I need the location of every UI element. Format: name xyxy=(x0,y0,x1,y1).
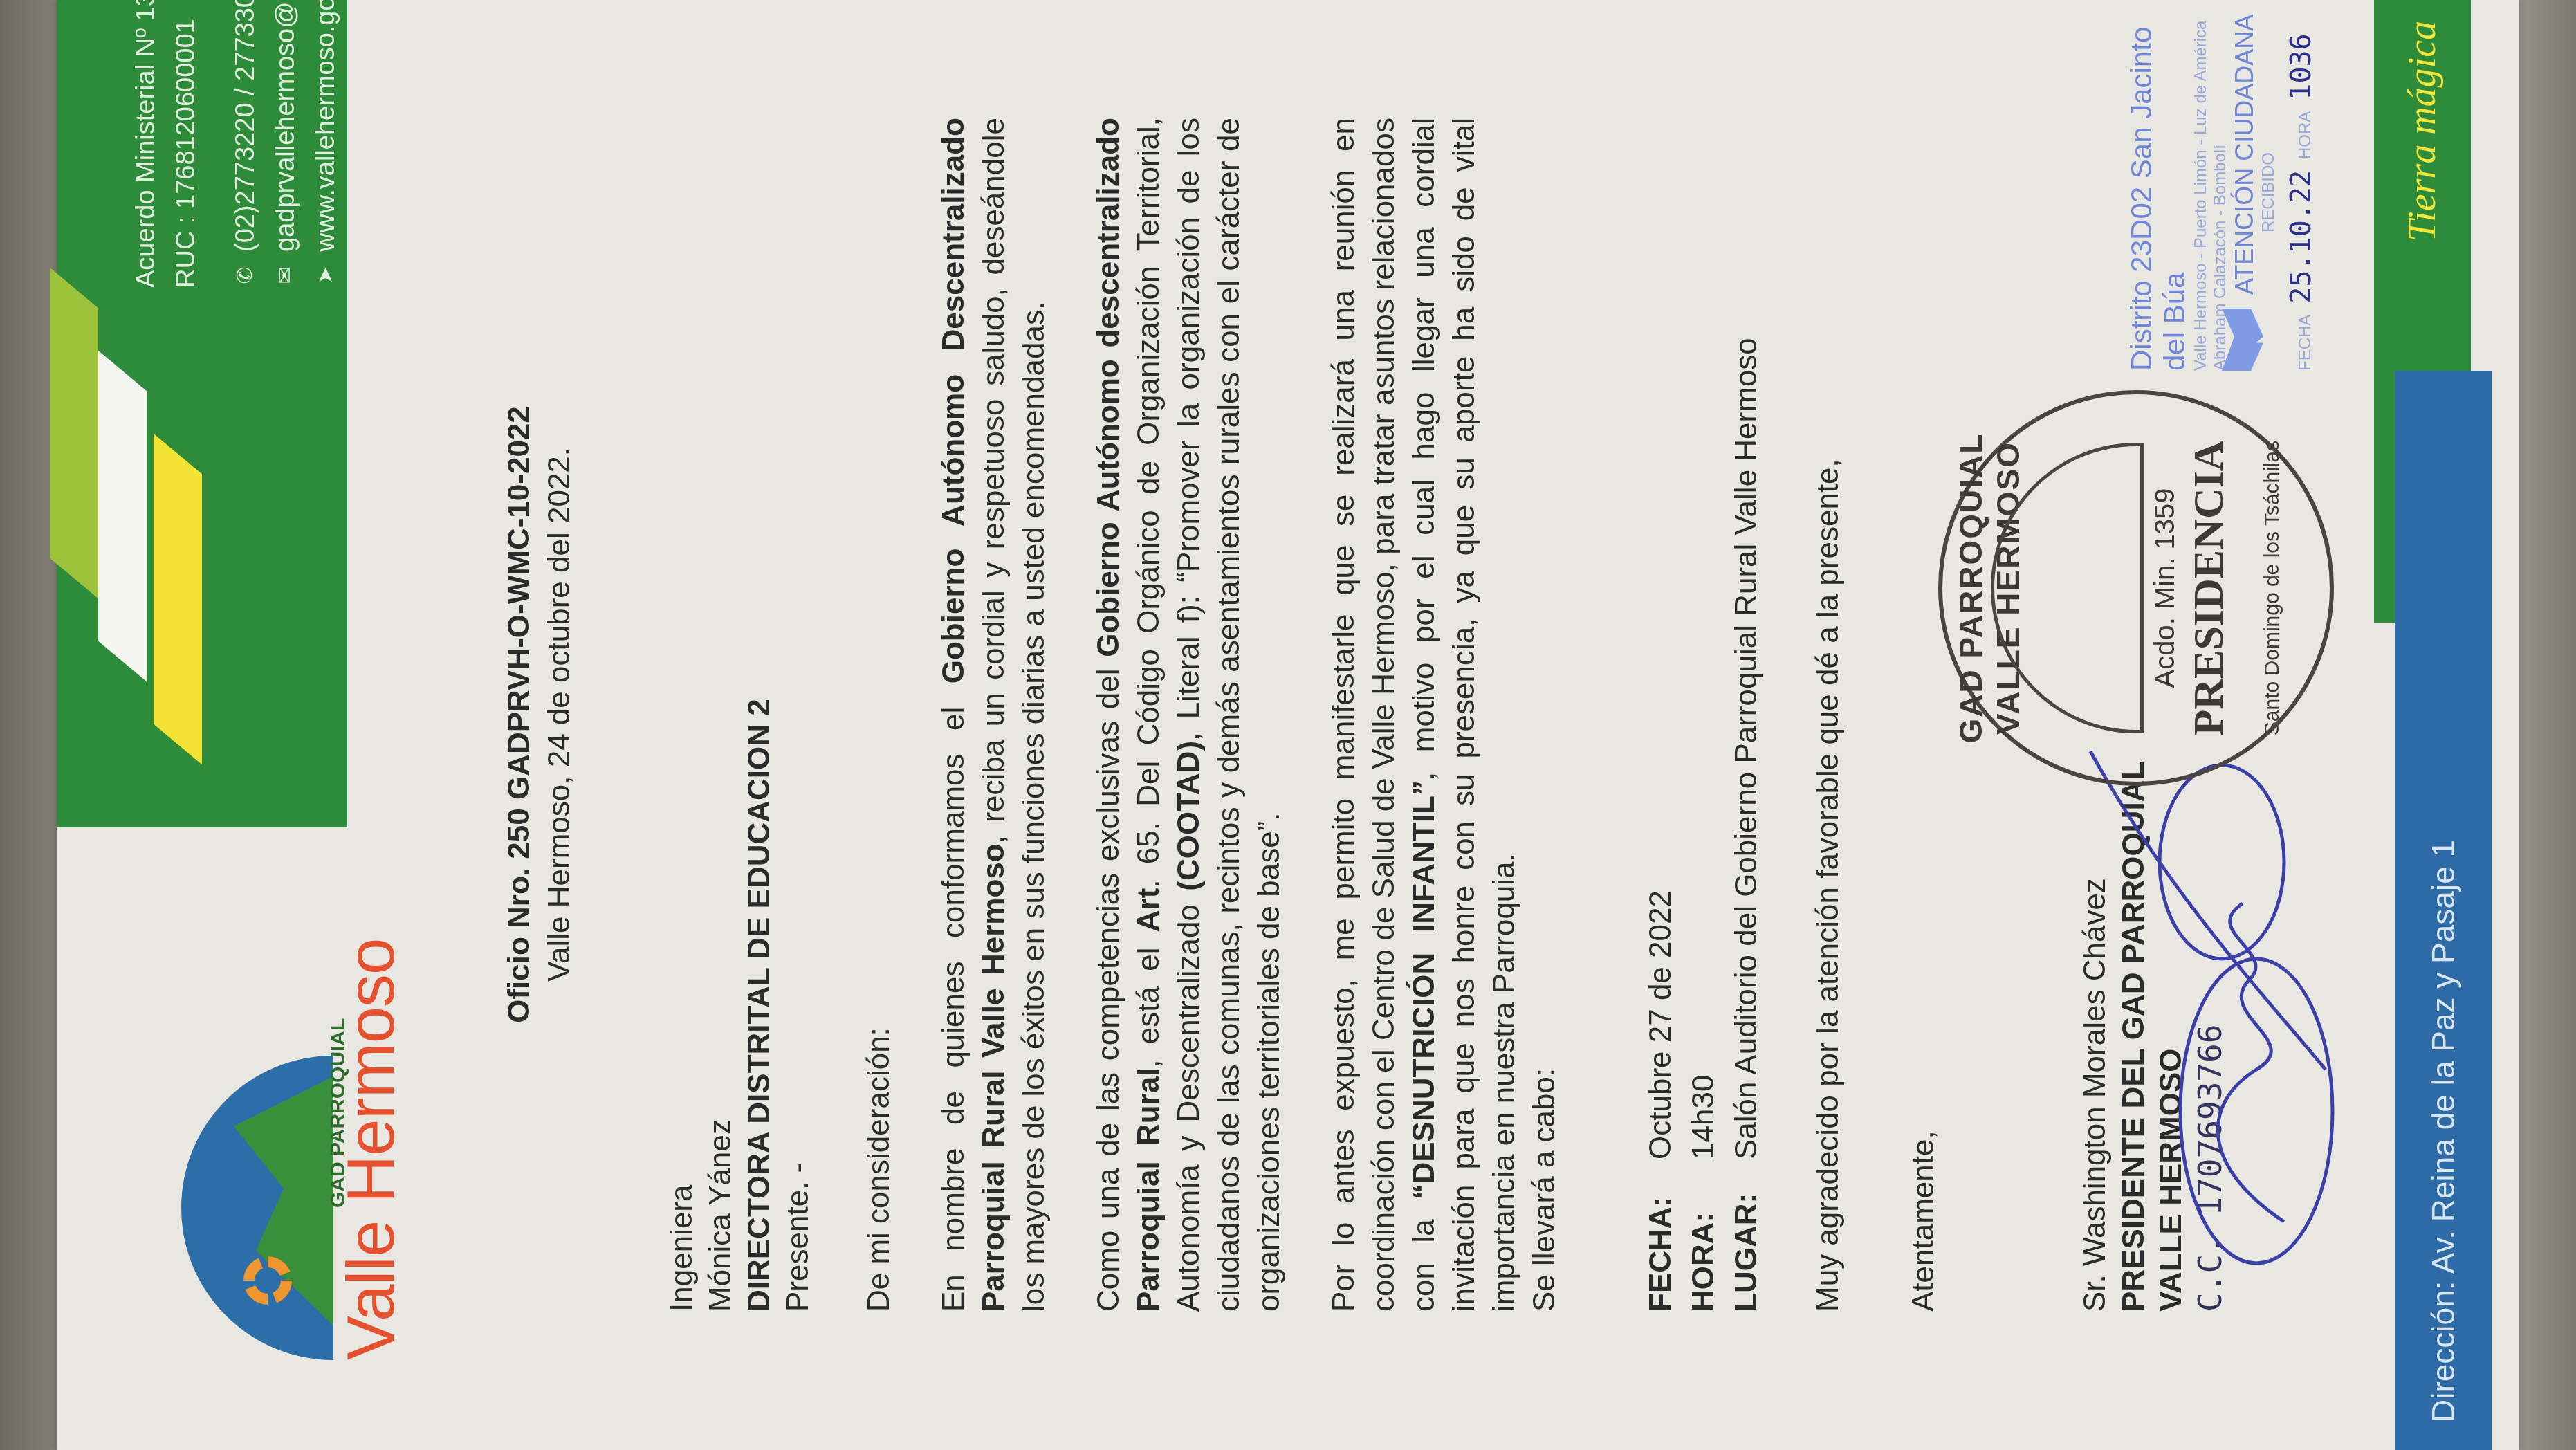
mail-icon: ✉ xyxy=(266,263,306,288)
letterhead-green-block: Acuerdo Ministerial Nº 1359 RUC : 176812… xyxy=(57,0,347,827)
lugar-value: Salón Auditorio del Gobierno Parroquial … xyxy=(1727,118,1767,1159)
letter-footer: Tierra mágica Dirección: Av. Reina de la… xyxy=(2374,0,2519,1450)
stamp-hora-value: 1036 xyxy=(2285,33,2317,100)
logo-title: Valle Hermoso xyxy=(333,939,410,1360)
regards: Atentamente, xyxy=(1904,118,1944,1312)
closing-intro: Se llevará a cabo: xyxy=(1525,118,1565,1312)
ruc-number: RUC : 1768120600001 xyxy=(166,0,206,288)
seal-city: Santo Domingo de los Tsáchilas xyxy=(2261,394,2284,782)
recipient-position: DIRECTORA DISTRITAL DE EDUCACION 2 xyxy=(740,118,779,1312)
paragraph-competencies: Como una de las competencias exclusivas … xyxy=(1089,118,1289,1312)
stamp-hora-label: HORA xyxy=(2296,111,2315,159)
hora-label: HORA: xyxy=(1684,1159,1724,1312)
fecha-label: FECHA: xyxy=(1641,1159,1681,1312)
hora-value: 14h30 xyxy=(1684,118,1724,1159)
cursor-icon: ➤ xyxy=(306,263,346,288)
footer-address: Dirección: Av. Reina de la Paz y Pasaje … xyxy=(2395,371,2492,1450)
parish-logo: GAD PARROQUIAL Valle Hermoso xyxy=(98,1000,430,1388)
recipient-title: Ingeniera xyxy=(663,118,701,1312)
paragraph-greeting: En nombre de quienes conformamos el Gobi… xyxy=(934,118,1054,1312)
official-seal: GAD PARROQUIAL VALLE HERMOSO Acdo. Min. … xyxy=(1938,390,2334,786)
acuerdo-ministerial: Acuerdo Ministerial Nº 1359 xyxy=(126,0,166,288)
email-address: gadprvallehermoso@hotmail.com xyxy=(266,0,306,252)
salutation: De mi consideración: xyxy=(859,118,899,1312)
stamp-status: RECIBIDO xyxy=(2259,11,2279,371)
contact-info: Acuerdo Ministerial Nº 1359 RUC : 176812… xyxy=(126,0,346,288)
paragraph-invitation: Por lo antes expuesto, me permito manife… xyxy=(1324,118,1525,1312)
sun-icon xyxy=(243,1256,292,1305)
stamp-fecha-value: 25.10.22 xyxy=(2285,170,2317,304)
place-date: Valle Hermoso, 24 de octubre del 2022. xyxy=(540,118,580,1312)
fecha-value: Octubre 27 de 2022 xyxy=(1641,118,1681,1159)
letter-page: Acuerdo Ministerial Nº 1359 RUC : 176812… xyxy=(57,0,2519,1450)
recipient-presente: Presente. - xyxy=(779,118,818,1312)
meeting-details: FECHA: Octubre 27 de 2022 HORA: 14h30 LU… xyxy=(1641,118,1767,1312)
website-url: www.vallehermoso.gob.ec xyxy=(306,0,346,252)
received-stamp: Distrito 23D02 San Jacinto del Búa Valle… xyxy=(2125,11,2374,371)
phone-icon: ✆ xyxy=(226,263,266,288)
stamp-areas-1: Valle Hermoso - Puerto Limón - Luz de Am… xyxy=(2191,11,2211,371)
stamp-fecha-label: FECHA xyxy=(2296,315,2315,371)
seal-acuerdo: Acdo. Min. 1359 xyxy=(2150,394,2181,782)
handwritten-signature xyxy=(2077,737,2367,1277)
seal-office: PRESIDENCIA xyxy=(2184,394,2234,782)
lugar-label: LUGAR: xyxy=(1727,1159,1767,1312)
decorative-stripe-white xyxy=(98,351,147,682)
decorative-stripe-yellow xyxy=(154,434,202,765)
thanks-line: Muy agradecido por la atención favorable… xyxy=(1808,118,1848,1312)
recipient-name: Mónica Yánez xyxy=(701,118,740,1312)
decorative-stripe-lime xyxy=(50,268,98,599)
recipient-block: Ingeniera Mónica Yánez DIRECTORA DISTRIT… xyxy=(663,118,818,1312)
phone-number: (02)2773220 / 2773300 xyxy=(226,0,266,252)
office-reference: Oficio Nro. 250 GADPRVH-O-WMC-10-2022 xyxy=(499,118,540,1312)
stamp-district: Distrito 23D02 San Jacinto del Búa xyxy=(2125,11,2191,371)
